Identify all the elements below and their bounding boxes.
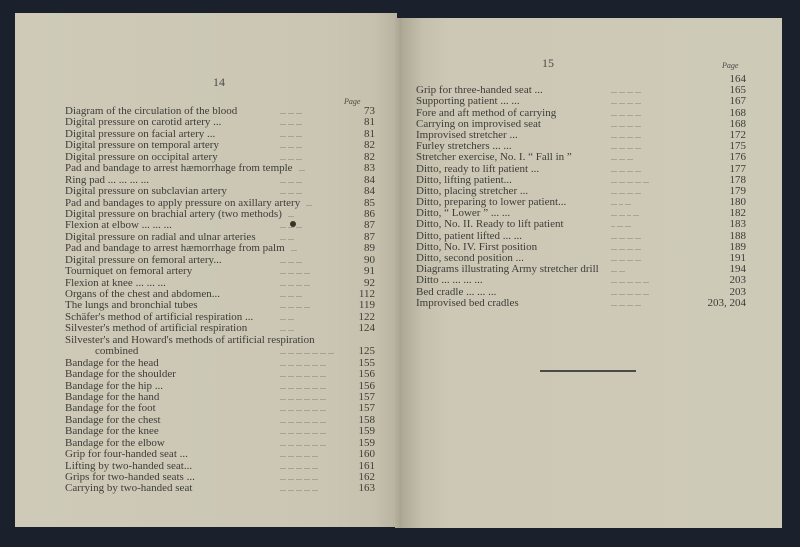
entry-title: Pad and bandage to arrest hæmorrhage fro…	[65, 163, 293, 174]
dot-leader: ... ... ... ... ...	[280, 449, 318, 460]
entry-title: Digital pressure on subclavian artery	[65, 186, 227, 197]
list-item: Grip for four-handed seat ...... ... ...…	[65, 449, 375, 460]
dot-leader: ... ... ... ...	[280, 278, 310, 289]
dot-leader: ... ... ... ...	[611, 85, 641, 96]
list-item: Bandage for the knee... ... ... ... ... …	[65, 426, 375, 437]
dot-leader: ... ... ... ... ... ...	[280, 369, 326, 380]
dot-leader: ... ... ... ... ... ...	[280, 403, 326, 414]
list-item: Bandage for the shoulder... ... ... ... …	[65, 369, 375, 380]
entry-page-number: 183	[730, 219, 747, 230]
list-item: Digital pressure on subclavian artery...…	[65, 186, 375, 197]
dot-leader: ... ... ... ... ...	[611, 287, 649, 298]
dot-leader: ... ... ...	[280, 175, 302, 186]
entry-title: Supporting patient ... ...	[416, 96, 520, 107]
page-column-header-right: Page	[722, 61, 738, 70]
dot-leader: ... ... ... ... ...	[280, 483, 318, 494]
entry-title: Stretcher exercise, No. I. “ Fall in ”	[416, 152, 572, 163]
dot-leader: ... ... ...	[280, 289, 302, 300]
dot-leader: ... ... ... ... ...	[611, 175, 649, 186]
dot-leader: ... ... ...	[611, 152, 633, 163]
dot-leader: ... ... ... ... ... ...	[280, 358, 326, 369]
dot-leader: ...	[291, 243, 297, 254]
dot-leader: ... ... ... ...	[280, 300, 310, 311]
dot-leader: ... ... ... ... ...	[280, 461, 318, 472]
entry-title: combined	[95, 346, 138, 357]
dot-leader: ...	[299, 163, 305, 174]
dot-leader: ... ... ... ... ... ... ...	[280, 346, 334, 357]
dot-leader: ... ... ... ...	[280, 266, 310, 277]
dot-leader: ... ... ... ...	[611, 298, 641, 309]
dot-leader: ... ... ...	[280, 186, 302, 197]
dot-leader: ... ... ... ... ... ...	[280, 392, 326, 403]
dot-leader: ... ... ... ...	[611, 119, 641, 130]
dot-leader: ... ... ... ...	[611, 253, 641, 264]
dot-leader: ... ... ... ...	[611, 96, 641, 107]
dot-leader: ... ... ...	[280, 140, 302, 151]
dot-leader: ... ... ... ...	[611, 130, 641, 141]
page-speck	[290, 221, 296, 227]
list-item: Stretcher exercise, No. I. “ Fall in ”..…	[416, 152, 746, 163]
entry-title: Carrying by two-handed seat	[65, 483, 192, 494]
entry-page-number: 89	[364, 243, 375, 254]
list-item: Tourniquet on femoral artery... ... ... …	[65, 266, 375, 277]
entry-page-number: 203, 204	[708, 298, 747, 309]
entry-page-number: 176	[730, 152, 747, 163]
dot-leader: ... ... ... ... ...	[611, 275, 649, 286]
dot-leader: ... ... ... ... ... ...	[280, 381, 326, 392]
entry-title: Bandage for the shoulder	[65, 369, 176, 380]
entry-page-number: 124	[359, 323, 376, 334]
dot-leader: ... ... ... ...	[611, 186, 641, 197]
dot-leader: ... ... ... ... ... ...	[280, 438, 326, 449]
dot-leader: .. ... ...	[611, 219, 631, 230]
dot-leader: ...	[306, 198, 312, 209]
list-item: Pad and bandage to arrest hæmorrhage fro…	[65, 243, 375, 254]
entry-page-number: 84	[364, 186, 375, 197]
entry-page-number: 167	[730, 96, 747, 107]
entry-page-number: 156	[359, 369, 376, 380]
dot-leader: ... ... ... ... ...	[280, 472, 318, 483]
list-item: Ditto, ready to lift patient ...... ... …	[416, 164, 746, 175]
dot-leader: ... ... ...	[280, 255, 302, 266]
dot-leader: ... ... ... ...	[611, 108, 641, 119]
entry-title: Tourniquet on femoral artery	[65, 266, 192, 277]
list-item: Carrying by two-handed seat... ... ... .…	[65, 483, 375, 494]
list-item: combined... ... ... ... ... ... ...125	[65, 346, 375, 357]
entry-title: Improvised bed cradles	[416, 298, 519, 309]
page-number-left: 14	[213, 75, 225, 90]
dot-leader: ... ... ...	[280, 117, 302, 128]
dot-leader: ... ... .. ...	[611, 208, 639, 219]
dot-leader: ... ... ...	[280, 129, 302, 140]
entry-title: Ditto ... ... ... ...	[416, 275, 483, 286]
dot-leader: ... ... ... ...	[611, 231, 641, 242]
entry-page-number: 159	[359, 426, 376, 437]
left-page: 14 Page Diagram of the circulation of th…	[15, 13, 397, 527]
entry-page-number: 203	[730, 275, 747, 286]
entry-page-number: 83	[364, 163, 375, 174]
page-column-header-left: Page	[344, 97, 360, 106]
list-item: Ditto ... ... ... ...... ... ... ... ...…	[416, 275, 746, 286]
entry-page-number: 125	[359, 346, 376, 357]
illustrations-list-left: Diagram of the circulation of the blood.…	[65, 106, 375, 495]
dot-leader: ... ... ... ... ... ...	[280, 426, 326, 437]
right-page: 15 Page 164Grip for three-handed seat ..…	[404, 18, 782, 528]
dot-leader: ... ... ... ... ... ...	[280, 415, 326, 426]
end-rule	[540, 370, 636, 372]
list-item: Supporting patient ... ...... ... ... ..…	[416, 96, 746, 107]
entry-page-number: 160	[359, 449, 376, 460]
list-item: Ditto, No. II. Ready to lift patient.. .…	[416, 219, 746, 230]
entry-page-number: 163	[359, 483, 376, 494]
entry-title: Grip for four-handed seat ...	[65, 449, 188, 460]
dot-leader: ...	[288, 209, 294, 220]
list-item: Pad and bandage to arrest hæmorrhage fro…	[65, 163, 375, 174]
page-number-right: 15	[542, 56, 554, 71]
entry-title: Pad and bandage to arrest hæmorrhage fro…	[65, 243, 285, 254]
dot-leader: ... ...	[280, 312, 294, 323]
dot-leader: ... ... ... ...	[611, 242, 641, 253]
dot-leader: ... ... ... ...	[611, 141, 641, 152]
entry-title: Ditto, No. II. Ready to lift patient	[416, 219, 564, 230]
dot-leader: ... ...	[611, 264, 625, 275]
illustrations-list-right: 164Grip for three-handed seat ...... ...…	[416, 74, 746, 309]
dot-leader: ... ... ...	[280, 106, 302, 117]
entry-title: Bandage for the knee	[65, 426, 159, 437]
list-item: Improvised bed cradles... ... ... ...203…	[416, 298, 746, 309]
dot-leader: ... ... ... ...	[611, 164, 641, 175]
dot-leader: ... .. ...	[611, 197, 631, 208]
entry-page-number: 91	[364, 266, 375, 277]
